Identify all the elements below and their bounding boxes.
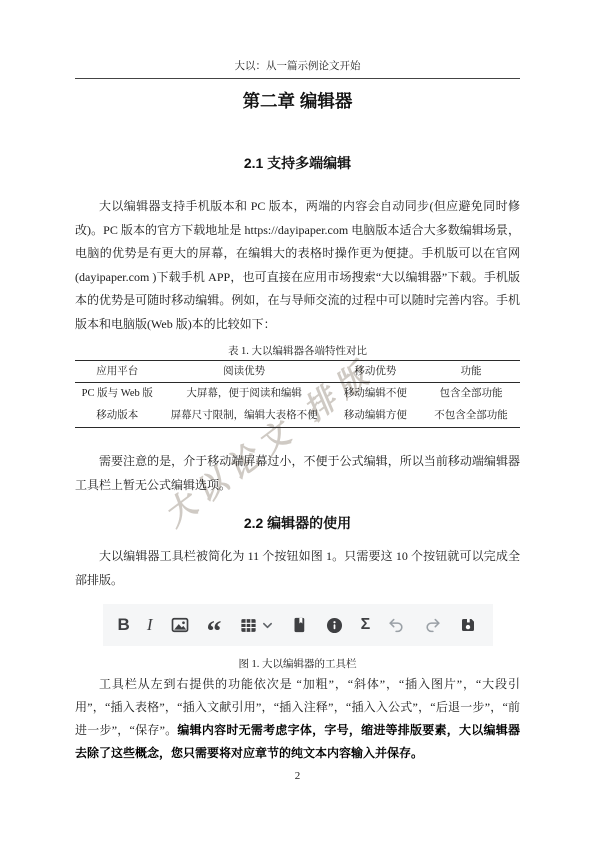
insert-footnote-icon — [325, 616, 344, 635]
running-header: 大以：从一篇示例论文开始 — [75, 58, 520, 79]
insert-table-icon — [239, 616, 258, 635]
insert-citation-icon — [290, 616, 308, 634]
undo-icon — [387, 616, 406, 635]
save-icon — [459, 616, 477, 634]
col-header-mobility: 移动优势 — [329, 361, 422, 383]
col-header-reading: 阅读优势 — [160, 361, 329, 383]
cell-platform: 移动版本 — [75, 405, 160, 428]
cell-features: 包含全部功能 — [422, 383, 520, 406]
italic-icon: I — [147, 615, 153, 635]
figure-caption: 图 1. 大以编辑器的工具栏 — [75, 656, 520, 671]
paragraph-multi-device: 大以编辑器支持手机版本和 PC 版本，两端的内容会自动同步(但应避免同时修改)。… — [75, 195, 520, 336]
paragraph-toolbar-functions: 工具栏从左到右提供的功能依次是 “加粗”，“斜体”，“插入图片”，“大段引用”，… — [75, 673, 520, 765]
table-caption: 表 1. 大以编辑器各端特性对比 — [75, 340, 520, 360]
cell-reading: 屏幕尺寸限制，编辑大表格不便 — [160, 405, 329, 428]
redo-icon — [423, 616, 442, 635]
insert-image-icon — [170, 615, 190, 635]
section-title-2-1: 2.1 支持多端编辑 — [75, 153, 520, 173]
cell-platform: PC 版与 Web 版 — [75, 383, 160, 406]
cell-mobility: 移动编辑方便 — [329, 405, 422, 428]
cell-reading: 大屏幕，便于阅读和编辑 — [160, 383, 329, 406]
chapter-title: 第二章 编辑器 — [75, 88, 520, 113]
comparison-table: 应用平台 阅读优势 移动优势 功能 PC 版与 Web 版 大屏幕，便于阅读和编… — [75, 360, 520, 428]
table-row: PC 版与 Web 版 大屏幕，便于阅读和编辑 移动编辑不便 包含全部功能 — [75, 383, 520, 406]
cell-mobility: 移动编辑不便 — [329, 383, 422, 406]
table-row: 移动版本 屏幕尺寸限制，编辑大表格不便 移动编辑方便 不包含全部功能 — [75, 405, 520, 428]
paragraph-toolbar-intro: 大以编辑器工具栏被简化为 11 个按钮如图 1。只需要这 10 个按钮就可以完成… — [75, 545, 520, 592]
paragraph-formula-note: 需要注意的是，介于移动端屏幕过小，不便于公式编辑，所以当前移动端编辑器工具栏上暂… — [75, 450, 520, 497]
editor-toolbar-figure: B I “ — [103, 604, 493, 646]
paper-page: 大以论文 排版 大以：从一篇示例论文开始 第二章 编辑器 2.1 支持多端编辑 … — [0, 0, 595, 842]
col-header-features: 功能 — [422, 361, 520, 383]
page-number: 2 — [0, 770, 595, 782]
section-title-2-2: 2.2 编辑器的使用 — [75, 513, 520, 533]
chevron-down-icon — [262, 620, 273, 631]
col-header-platform: 应用平台 — [75, 361, 160, 383]
blockquote-icon: “ — [207, 627, 222, 637]
table-header-row: 应用平台 阅读优势 移动优势 功能 — [75, 361, 520, 383]
insert-table-group — [239, 616, 273, 635]
cell-features: 不包含全部功能 — [422, 405, 520, 428]
bold-icon: B — [118, 615, 130, 635]
insert-formula-icon: Σ — [361, 616, 371, 634]
